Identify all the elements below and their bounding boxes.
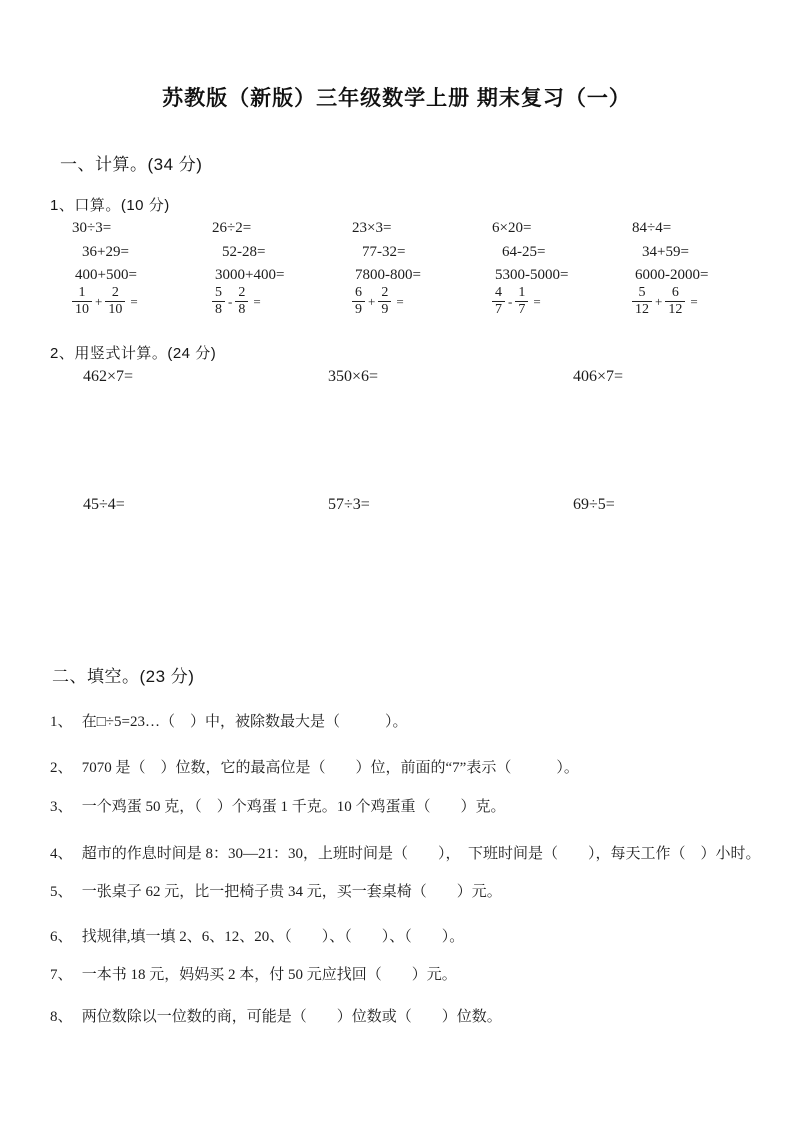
vertical-problem: 45÷4=	[83, 496, 328, 514]
fill-item-1: 1、 在□÷5=23…（ ）中，被除数最大是（ ）。	[50, 710, 770, 731]
item-text: 在□÷5=23…（ ）中，被除数最大是（ ）。	[82, 714, 408, 730]
item-text: 一本书 18 元，妈妈买 2 本，付 50 元应找回（ ）元。	[82, 967, 457, 983]
fraction-problem: 110 + 210 =	[72, 284, 212, 318]
item-text: 7070 是（ ）位数，它的最高位是（ ）位，前面的“7”表示（ ）。	[82, 760, 579, 776]
oral-row-3: 400+500= 3000+400= 7800-800= 5300-5000= …	[0, 267, 775, 284]
item-number: 5、	[50, 880, 78, 901]
oral-problem: 3000+400=	[215, 267, 355, 284]
fill-item-5: 5、 一张桌子 62 元，比一把椅子贵 34 元，买一套桌椅（ ）元。	[50, 880, 770, 901]
item-text: 一个鸡蛋 50 克，（ ）个鸡蛋 1 千克。10 个鸡蛋重（ ）克。	[82, 799, 506, 815]
item-number: 6、	[50, 925, 78, 946]
fill-item-7: 7、 一本书 18 元，妈妈买 2 本，付 50 元应找回（ ）元。	[50, 963, 770, 984]
item-text: 找规律,填一填 2、6、12、20、（ ）、（ ）、（ ）。	[82, 929, 465, 945]
fill-item-6: 6、 找规律,填一填 2、6、12、20、（ ）、（ ）、（ ）。	[50, 925, 770, 946]
oral-calc-heading: 1、口算。(10 分)	[50, 194, 170, 215]
oral-problem: 52-28=	[222, 244, 362, 261]
fraction-problem: 47 - 17 =	[492, 284, 632, 318]
oral-problem: 23×3=	[352, 220, 492, 237]
oral-problem: 77-32=	[362, 244, 502, 261]
vertical-problem: 462×7=	[83, 368, 328, 386]
worksheet-page: 苏教版（新版）三年级数学上册 期末复习（一） 一、计算。(34 分) 1、口算。…	[0, 0, 793, 1122]
fraction-problem: 512 + 612 =	[632, 284, 772, 318]
item-text: 一张桌子 62 元，比一把椅子贵 34 元，买一套桌椅（ ）元。	[82, 884, 502, 900]
oral-problem: 6×20=	[492, 220, 632, 237]
vertical-problem: 406×7=	[573, 368, 793, 386]
section-fill-heading: 二、填空。(23 分)	[52, 662, 194, 687]
section-calc-heading: 一、计算。(34 分)	[60, 150, 202, 175]
vertical-div-row: 45÷4= 57÷3= 69÷5=	[0, 496, 793, 514]
oral-problem: 400+500=	[75, 267, 215, 284]
item-text: 两位数除以一位数的商，可能是（ ）位数或（ ）位数。	[82, 1009, 502, 1025]
fill-item-3: 3、 一个鸡蛋 50 克，（ ）个鸡蛋 1 千克。10 个鸡蛋重（ ）克。	[50, 795, 770, 816]
vertical-problem: 350×6=	[328, 368, 573, 386]
oral-problem: 6000-2000=	[635, 267, 775, 284]
oral-problem: 36+29=	[82, 244, 222, 261]
page-title: 苏教版（新版）三年级数学上册 期末复习（一）	[0, 82, 793, 112]
oral-row-2: 36+29= 52-28= 77-32= 64-25= 34+59=	[0, 244, 782, 261]
vertical-problem: 69÷5=	[573, 496, 793, 514]
oral-problem: 7800-800=	[355, 267, 495, 284]
vertical-problem: 57÷3=	[328, 496, 573, 514]
oral-problem: 84÷4=	[632, 220, 772, 237]
oral-row-1: 30÷3= 26÷2= 23×3= 6×20= 84÷4=	[0, 220, 772, 237]
oral-problem: 26÷2=	[212, 220, 352, 237]
vertical-mul-row: 462×7= 350×6= 406×7=	[0, 368, 793, 386]
oral-problem: 30÷3=	[72, 220, 212, 237]
item-number: 3、	[50, 795, 78, 816]
item-number: 1、	[50, 710, 78, 731]
fraction-problem: 69 + 29 =	[352, 284, 492, 318]
oral-problem: 64-25=	[502, 244, 642, 261]
item-number: 7、	[50, 963, 78, 984]
fill-item-4: 4、 超市的作息时间是 8：30—21：30，上班时间是（ ）， 下班时间是（ …	[50, 842, 770, 863]
fraction-problem: 58 - 28 =	[212, 284, 352, 318]
item-text: 超市的作息时间是 8：30—21：30，上班时间是（ ）， 下班时间是（ ），每…	[82, 846, 761, 862]
fill-item-2: 2、 7070 是（ ）位数，它的最高位是（ ）位，前面的“7”表示（ ）。	[50, 756, 770, 777]
item-number: 4、	[50, 842, 78, 863]
oral-problem: 5300-5000=	[495, 267, 635, 284]
vertical-calc-heading: 2、用竖式计算。(24 分)	[50, 342, 216, 363]
item-number: 8、	[50, 1005, 78, 1026]
fraction-row: 110 + 210 = 58 - 28 = 69 + 29 =	[0, 284, 772, 318]
item-number: 2、	[50, 756, 78, 777]
fill-item-8: 8、 两位数除以一位数的商，可能是（ ）位数或（ ）位数。	[50, 1005, 770, 1026]
oral-problem: 34+59=	[642, 244, 782, 261]
